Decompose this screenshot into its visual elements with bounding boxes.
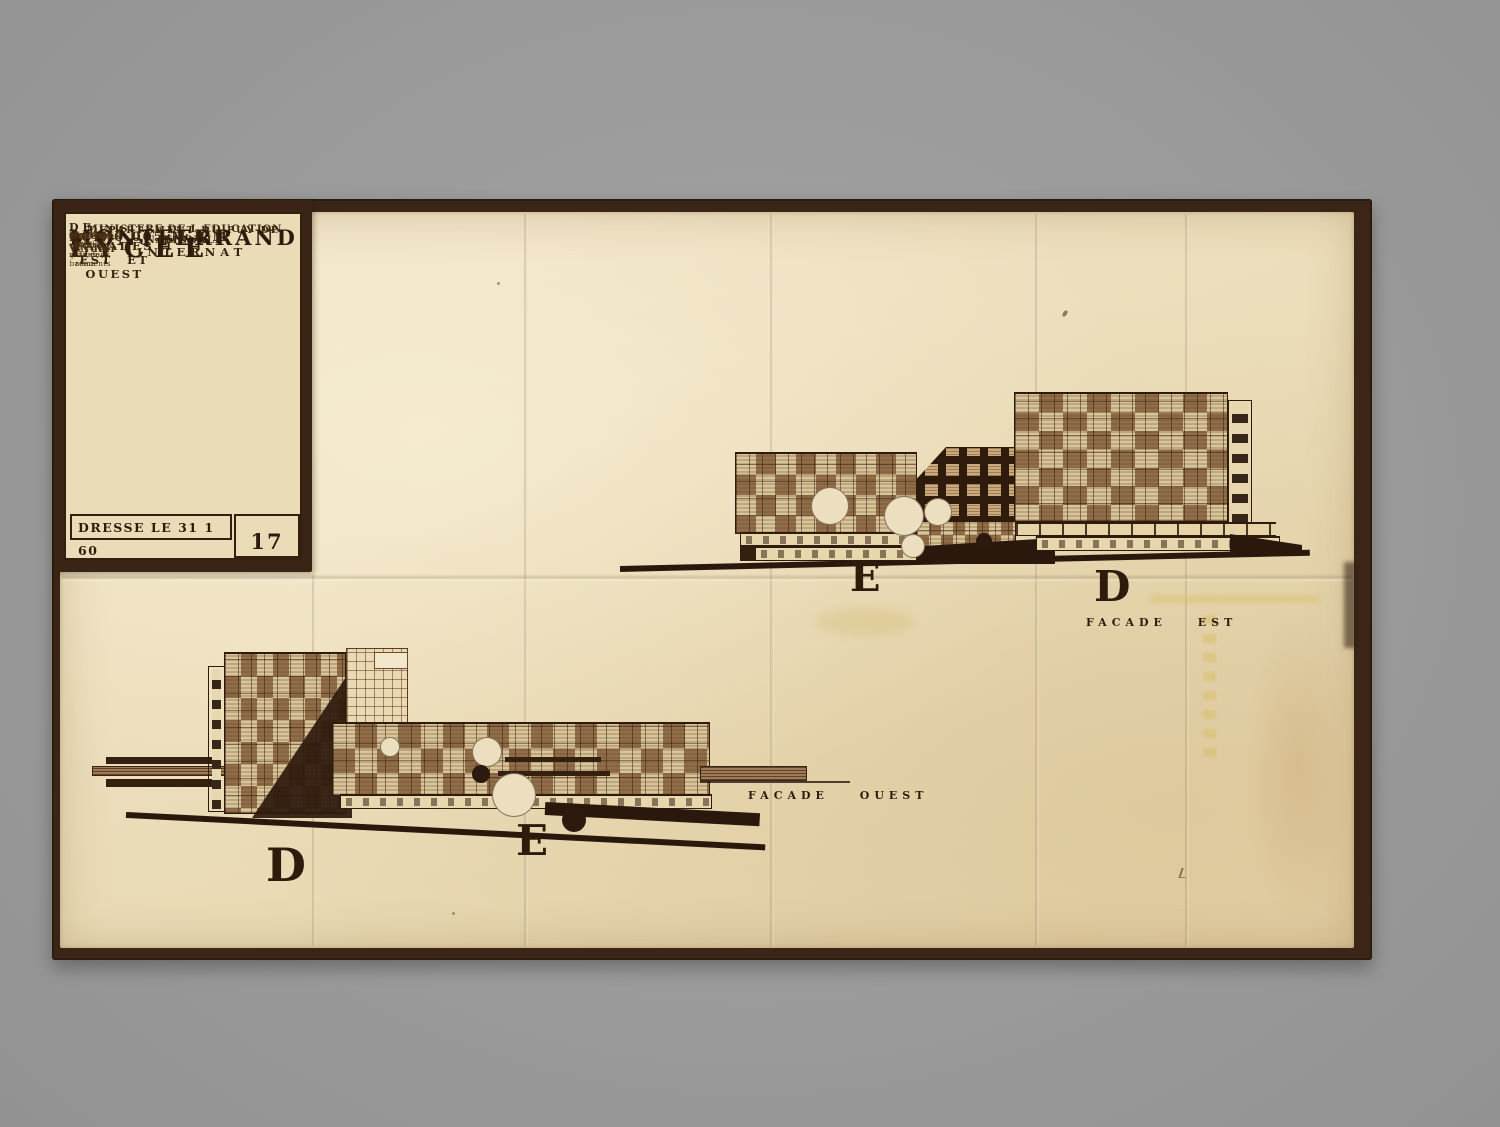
date-drawn-cell: DRESSE LE 31 1 60 xyxy=(70,514,232,540)
title-block: MINISTERE DE L EDUCATION NATIONALE DEPAR… xyxy=(64,212,302,560)
architect2-title: architecte D.P.L.G. xyxy=(69,230,112,250)
sheet-number-cell: 17 xyxy=(234,514,300,558)
scanned-architectural-plan: E D FACADE EST FACADE OUEST E D MINISTER… xyxy=(0,0,1500,1127)
